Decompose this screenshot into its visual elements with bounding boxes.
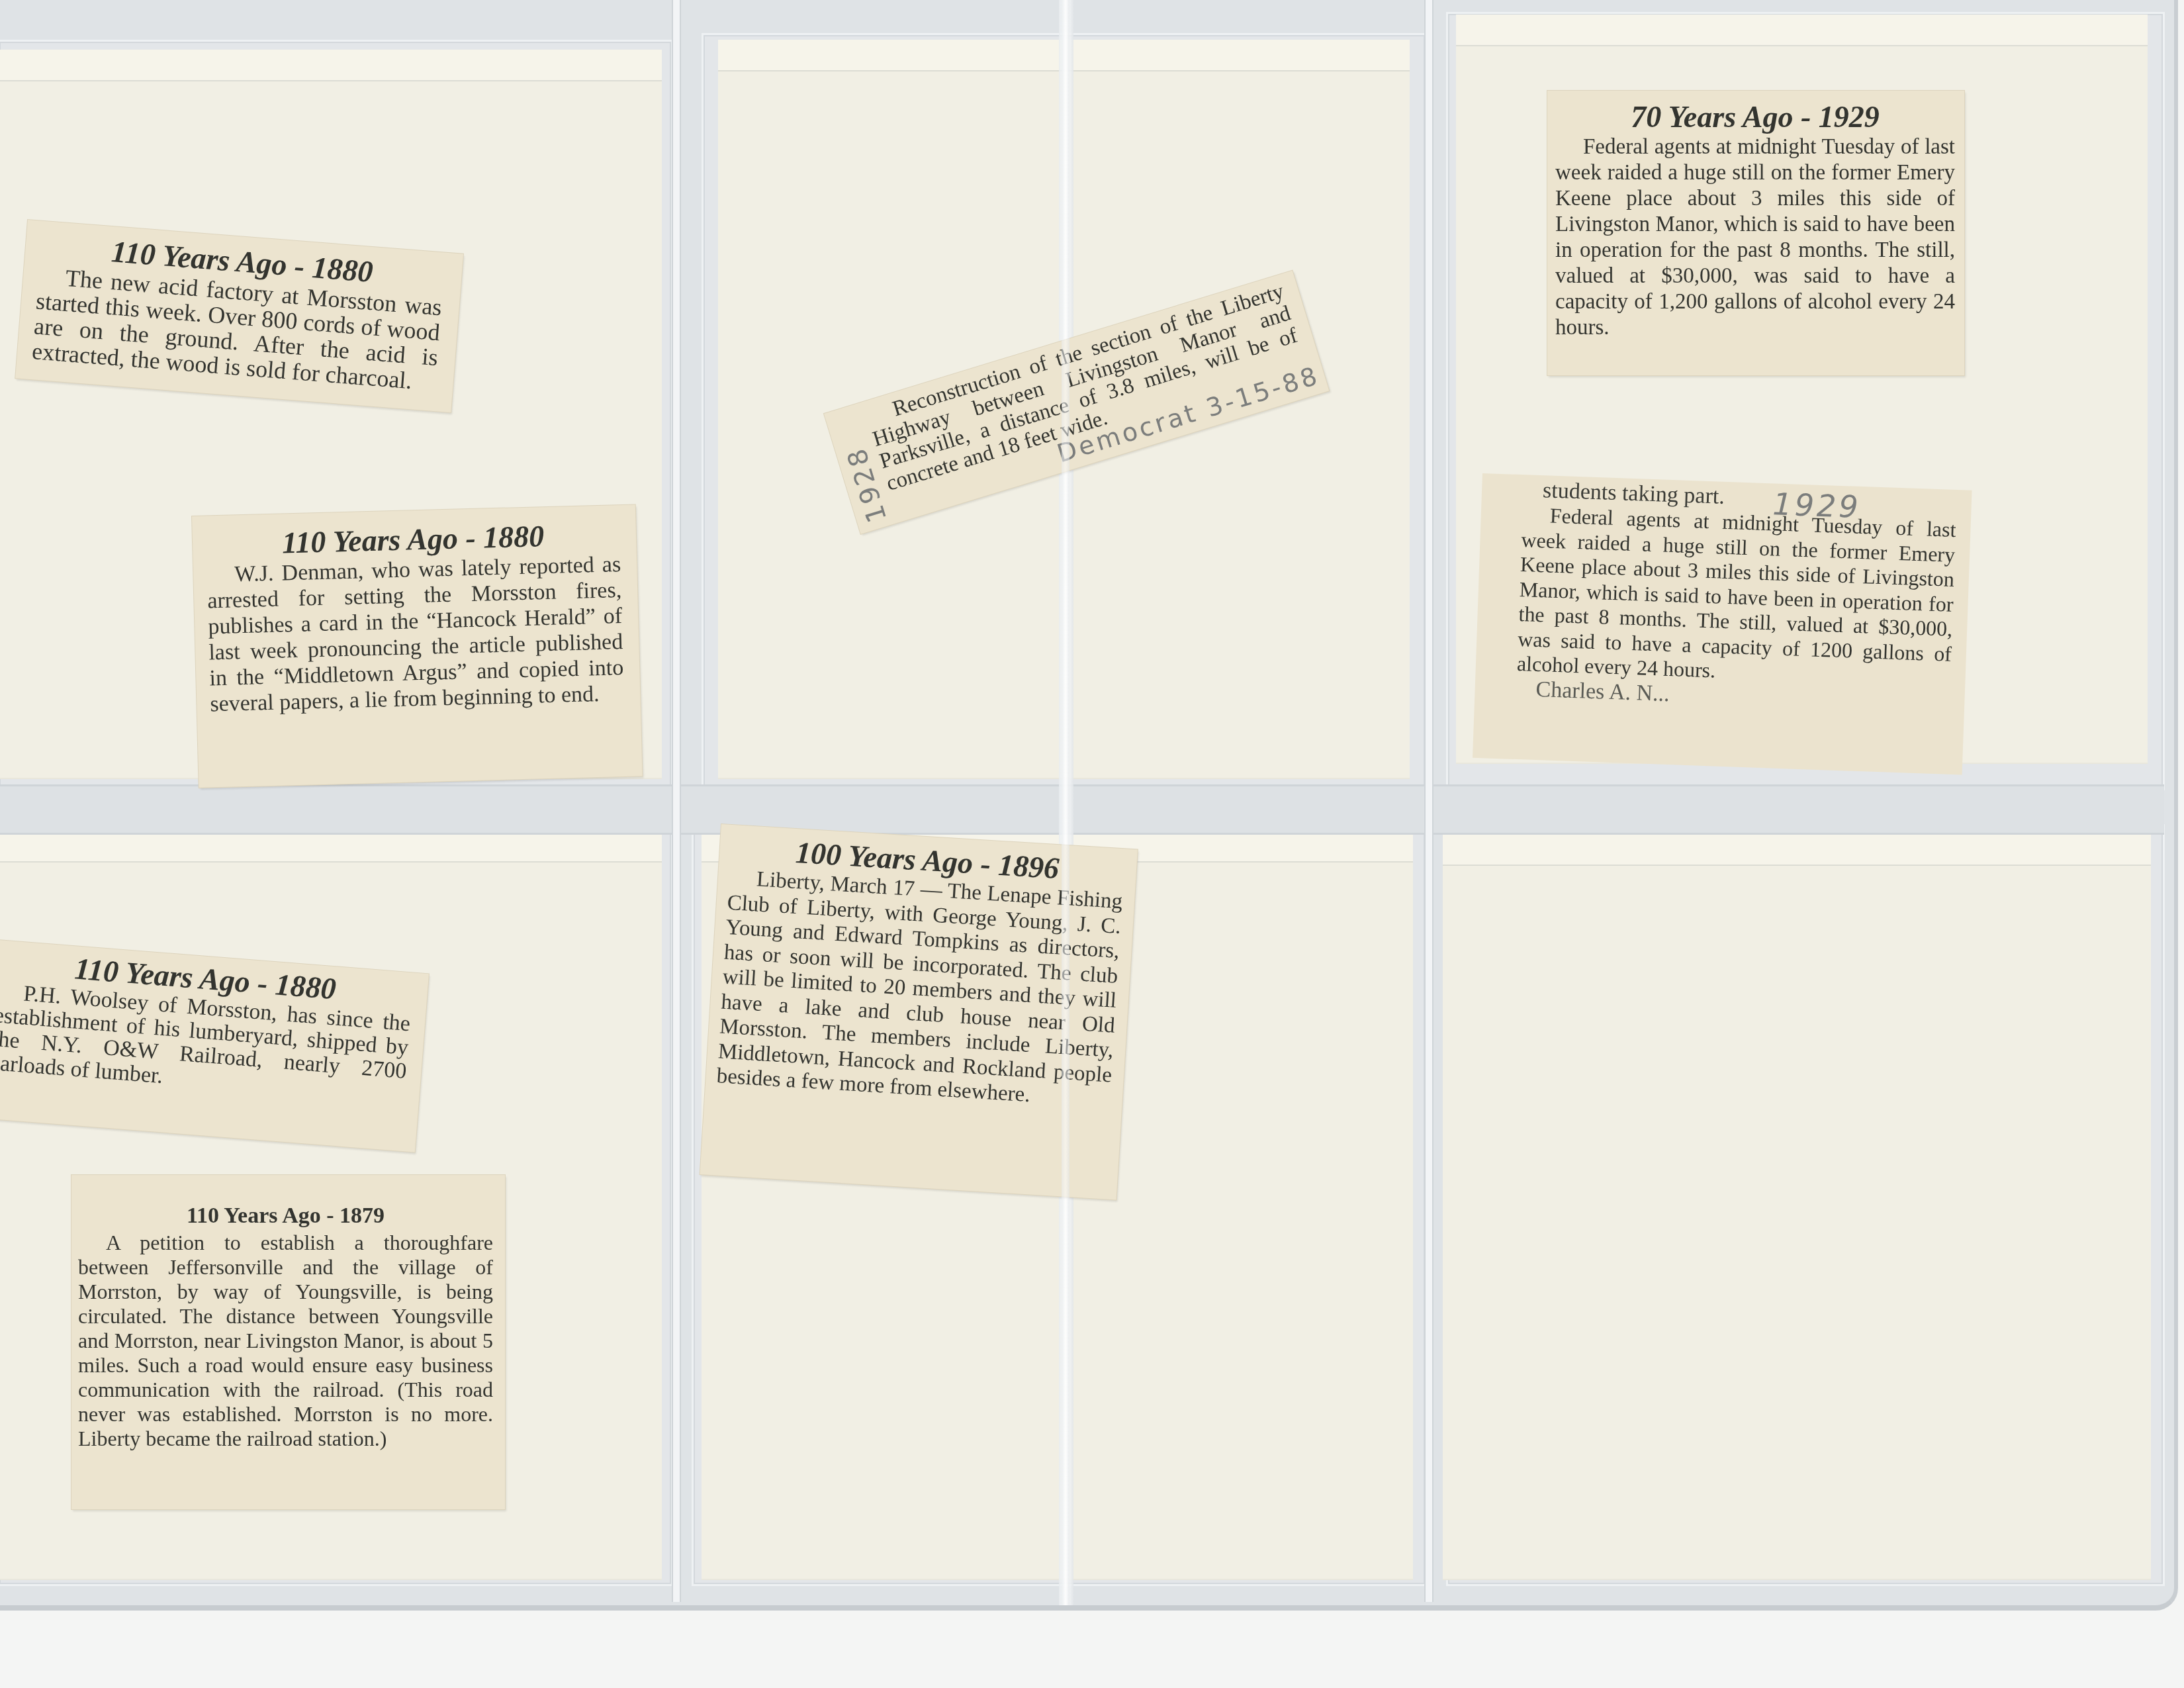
clipping-body: A petition to establish a thoroughfare b… bbox=[78, 1231, 493, 1451]
column-divider-left bbox=[672, 0, 681, 1602]
clipping-woolsey-lumberyard: 110 Years Ago - 1880 P.H. Woolsey of Mor… bbox=[0, 939, 429, 1152]
clipping-still-raid-duplicate: students taking part. 1929 Federal agent… bbox=[1473, 473, 1972, 775]
sleeve-fold-highlight bbox=[1062, 0, 1069, 1605]
clipping-thoroughfare-petition: 110 Years Ago - 1879 A petition to estab… bbox=[71, 1175, 505, 1509]
clipping-lenape-fishing-club: 100 Years Ago - 1896 Liberty, March 17 —… bbox=[700, 824, 1138, 1199]
card-bottom-right bbox=[1443, 834, 2151, 1579]
clipping-body: Federal agents at midnight Tuesday of la… bbox=[1516, 502, 1956, 691]
clipping-body: Federal agents at midnight Tuesday of la… bbox=[1555, 134, 1955, 341]
clipping-heading: 70 Years Ago - 1929 bbox=[1555, 100, 1955, 134]
clipping-still-raid-1929: 70 Years Ago - 1929 Federal agents at mi… bbox=[1547, 91, 1964, 375]
clipping-body: W.J. Denman, who was lately reported as … bbox=[206, 551, 625, 717]
column-divider-right bbox=[1424, 0, 1433, 1602]
handwritten-year: 1929 bbox=[1772, 486, 1862, 525]
clipping-heading: 110 Years Ago - 1879 bbox=[78, 1201, 493, 1231]
clipping-denman: 110 Years Ago - 1880 W.J. Denman, who wa… bbox=[192, 504, 643, 787]
row-divider bbox=[0, 784, 2164, 835]
